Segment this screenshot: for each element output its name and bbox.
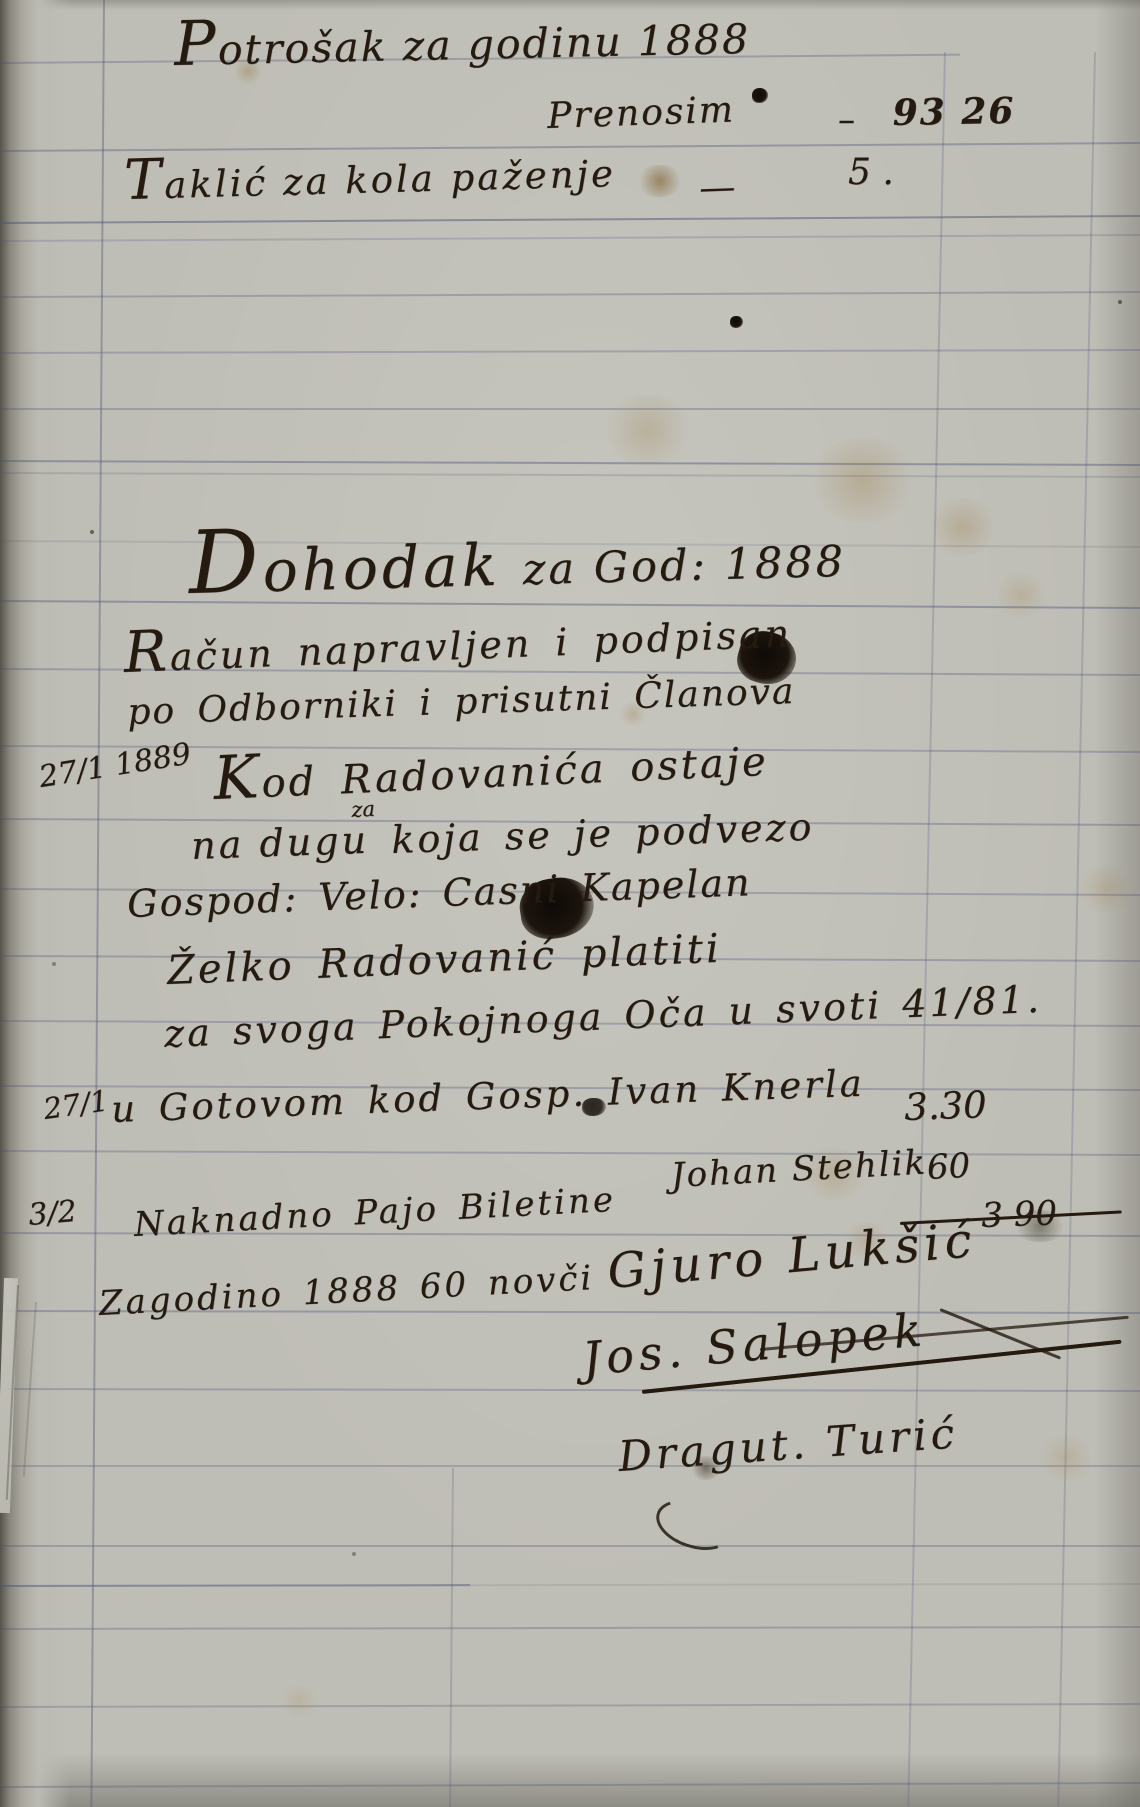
income-date-1: 27/1 1889	[37, 736, 194, 795]
signature-turic: Dragut. Turić	[617, 1408, 960, 1481]
income-line-dugu-pre: na dugu	[190, 818, 369, 868]
ink-dot	[730, 316, 743, 328]
ruled-line	[0, 234, 1140, 242]
income-line-stehlik: Johan Stehlik	[670, 1143, 928, 1196]
ruled-line	[0, 1465, 1140, 1467]
income-heading-word: Dohodak	[187, 504, 501, 614]
ruled-line	[0, 291, 1140, 298]
carry-forward-amount: 93 26	[892, 90, 1015, 134]
ruled-line	[0, 408, 1140, 410]
speck	[90, 530, 94, 534]
speck	[352, 1552, 356, 1556]
expense-entry-amount: 5 .	[848, 152, 894, 193]
margin-line-left	[90, 0, 105, 1807]
ruled-line	[0, 1782, 1140, 1788]
ruled-line	[0, 1584, 470, 1587]
income-line-dugu-post: koja se je podvezo	[391, 805, 815, 862]
income-subtotal: 3 90	[981, 1193, 1058, 1236]
income-line-kod: Kod Radovanića ostaje	[212, 720, 770, 814]
stain	[600, 395, 695, 465]
income-amount-stehlik: 60	[926, 1146, 971, 1188]
stain	[278, 1685, 320, 1717]
ink-dot	[752, 88, 768, 103]
ruled-line	[0, 472, 1140, 478]
ruled-line	[0, 1703, 1140, 1708]
ruled-line	[0, 460, 1140, 466]
ruled-line	[0, 1388, 1140, 1392]
signature-luksic: Gjuro Lukšić	[605, 1212, 978, 1300]
expense-title: Potrošak za godinu 1888	[173, 0, 750, 80]
expense-entry-text: Taklić za kola paženje	[123, 135, 616, 213]
stain	[1035, 1435, 1097, 1481]
stain	[925, 498, 1000, 556]
ruled-line	[0, 1626, 1140, 1630]
page-edge-sliver	[0, 1278, 18, 1513]
amount-column-line-outer	[1057, 52, 1096, 1807]
amount-column-line	[907, 52, 946, 1807]
stain	[1075, 865, 1137, 913]
ruled-line	[0, 215, 1140, 224]
speck	[52, 962, 56, 966]
income-date-3: 3/2	[27, 1194, 78, 1233]
income-line-dugu-sup: za	[351, 797, 376, 822]
ruled-line	[0, 1583, 1140, 1587]
income-heading-tail: za God: 1888	[522, 537, 847, 595]
ledger-page: Potrošak za godinu 1888 Prenosim – 93 26…	[0, 0, 1140, 1807]
expense-entry-dash: —	[699, 167, 736, 209]
carry-forward-label: Prenosim	[547, 89, 736, 137]
speck	[1118, 300, 1122, 304]
signature-salopek: Jos. Salopek	[580, 1302, 928, 1386]
ruled-line	[0, 349, 1140, 354]
income-line-zelko: Želko Radovanić platiti	[166, 926, 722, 994]
carry-forward-dash: –	[838, 100, 855, 140]
crease-line	[449, 1468, 454, 1807]
signature-flourish	[650, 1491, 738, 1559]
income-line-zagodino: Zagodino 1888 60 novči	[98, 1258, 595, 1324]
income-date-2: 27/1	[41, 1083, 110, 1126]
income-line-gospod: Gospod: Velo: Casni Kapelan	[126, 860, 752, 926]
stain	[992, 572, 1050, 618]
income-line-gotovom: u Gotovom kod Gosp. Ivan Knerla	[110, 1062, 865, 1131]
page-edge-line	[23, 1302, 37, 1477]
ruled-line	[0, 1545, 1140, 1547]
ink-smudge	[636, 165, 684, 197]
income-line-naknadno: Naknadno Pajo Biletine	[133, 1180, 617, 1245]
income-amount-gotovom: 3.30	[903, 1083, 987, 1129]
